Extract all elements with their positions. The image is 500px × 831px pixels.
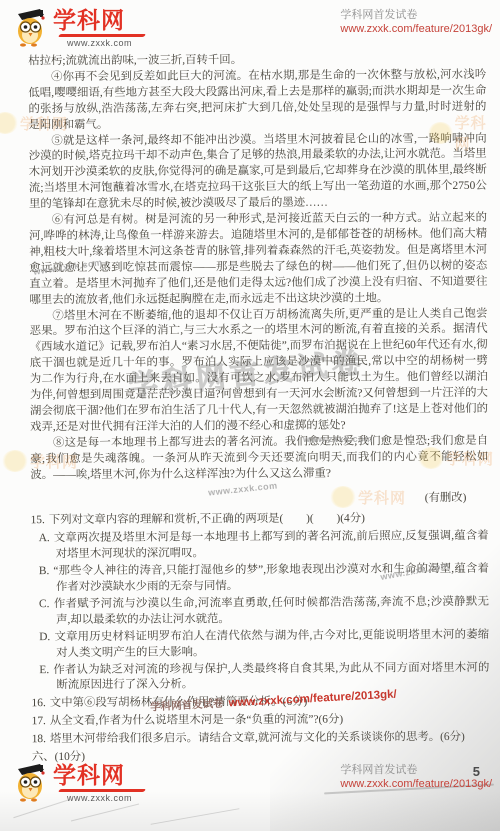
brand-underline (58, 789, 146, 792)
question-15-stem: 下列对文章内容的理解和赏析,不正确的两项是( )( )(4分) (49, 513, 365, 527)
brand-text-block: 学科网 www.zxxk.com (53, 760, 145, 803)
header-feature-url: www.zxxk.com/feature/2013gk/ (340, 22, 492, 36)
owl-mascot-icon (14, 5, 50, 47)
footer-slogan-block: 学科网首发试卷 www.zxxk.com/feature/2013gk/ (340, 760, 492, 791)
brand-url: www.zxxk.com (53, 38, 145, 48)
passage-paragraph-4: ④你再不会见到反差如此巨大的河流。在枯水期,那是生命的一次休整与放松,河水浅吟低… (28, 68, 486, 134)
footer-slogan: 学科网首发试卷 (340, 763, 492, 777)
question-18-number: 18. (32, 733, 46, 745)
owl-mascot-icon (14, 760, 50, 802)
page-footer: 学科网 www.zxxk.com 学科网首发试卷 www.zxxk.com/fe… (14, 760, 492, 803)
brand-name: 学科网 (53, 9, 145, 32)
header-slogan: 学科网首发试卷 (340, 8, 492, 22)
header-slogan-block: 学科网首发试卷 www.zxxk.com/feature/2013gk/ (340, 5, 492, 36)
brand-name: 学科网 (53, 764, 145, 787)
stamp-blob-icon (2, 450, 28, 472)
stamp-blob-icon (0, 112, 18, 134)
passage-paragraph-8: ⑧这是每一本地理书上都写进去的著名河流。我们愈是热爱,我们愈是惶恐;我们愈是自豪… (30, 434, 488, 484)
passage-paragraph-5: ⑤就是这样一条河,最终却不能冲出沙漠。当塔里木河披着昆仑山的冰雪,一路响啸冲向沙… (29, 131, 487, 213)
brand-text-block: 学科网 www.zxxk.com (53, 5, 145, 48)
option-b-label: B. (39, 565, 50, 577)
option-c-label: C. (39, 598, 50, 610)
page-header: 学科网 www.zxxk.com 学科网首发试卷 www.zxxk.com/fe… (14, 5, 492, 48)
question-16-number: 16. (32, 697, 46, 709)
passage-paragraph-7: ⑦塔里木河在不断萎缩,他的退却不仅让百万胡杨流离失所,更严重的是让人类自己饱尝恶… (29, 306, 488, 436)
exam-page-scan: 学科网 www.zxxk.com 学科网首发试卷 www.zxxk.com/fe… (0, 0, 500, 831)
question-15: 15.下列对文章内容的理解和赏析,不正确的两项是( )( )(4分) (31, 511, 489, 529)
option-a-label: A. (39, 532, 50, 544)
brand-url: www.zxxk.com (53, 793, 145, 803)
option-e-label: E. (39, 664, 49, 676)
editing-note: (有删改) (30, 491, 488, 509)
passage-paragraph-6: ⑥有河总是有树。树是河流的另一种形式,是河接近蓝天白云的一种方式。站立起来的河,… (29, 211, 487, 309)
page-number: 5 (473, 764, 480, 779)
brand-underline (58, 34, 146, 37)
option-d-label: D. (39, 631, 50, 643)
zxxk-logo: 学科网 www.zxxk.com (14, 5, 145, 48)
zxxk-logo: 学科网 www.zxxk.com (14, 760, 145, 803)
question-16-stem: 文中第⑥段写胡杨林有什么作用?请简要分析。(6分) (50, 696, 308, 709)
footer-feature-url: www.zxxk.com/feature/2013gk/ (340, 777, 492, 791)
question-15-number: 15. (31, 514, 45, 526)
question-17-number: 17. (32, 715, 46, 727)
